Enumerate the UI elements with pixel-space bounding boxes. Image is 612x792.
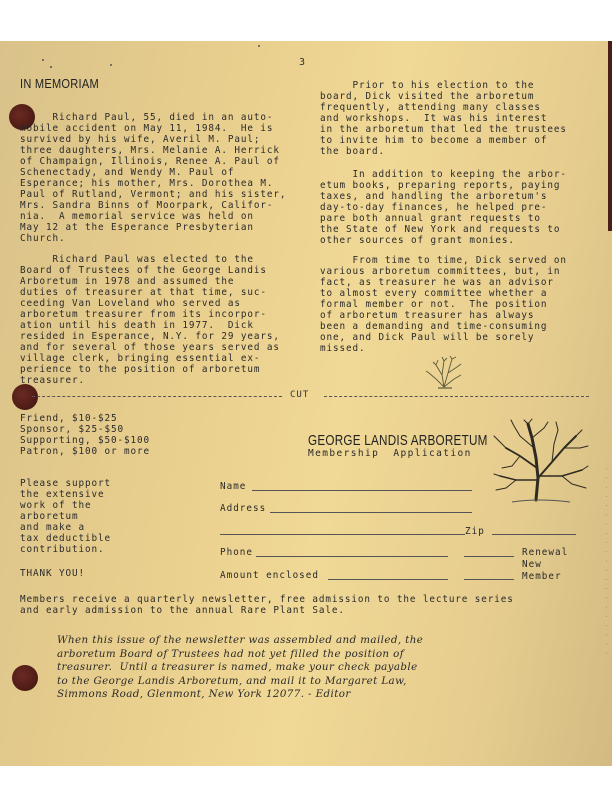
speck bbox=[258, 45, 260, 47]
bleed-through-text: . . . . . . . . . . . . . . . . . . . . … bbox=[602, 395, 610, 655]
shrub-illustration bbox=[424, 353, 464, 389]
address-line2-field[interactable] bbox=[220, 534, 465, 535]
memoriam-col1-para2: Richard Paul was elected to the Board of… bbox=[20, 254, 280, 386]
member-benefits: Members receive a quarterly newsletter, … bbox=[20, 594, 514, 616]
org-title: GEORGE LANDIS ARBORETUM bbox=[308, 432, 488, 449]
memoriam-col2-para2: In addition to keeping the arbor- etum b… bbox=[320, 169, 567, 246]
cut-label: CUT bbox=[290, 390, 309, 400]
page-edge-shadow bbox=[608, 41, 612, 231]
application-subtitle: Membership Application bbox=[308, 448, 472, 459]
speck bbox=[50, 66, 52, 68]
speck bbox=[110, 64, 112, 66]
membership-levels: Friend, $10-$25 Sponsor, $25-$50 Support… bbox=[20, 413, 150, 457]
cut-line: CUT bbox=[32, 391, 592, 401]
address-field[interactable] bbox=[270, 512, 472, 513]
zip-label: Zip bbox=[465, 526, 485, 537]
phone-label: Phone bbox=[220, 547, 253, 558]
oak-tree-illustration bbox=[492, 418, 592, 506]
memoriam-col2-para1: Prior to his election to the board, Dick… bbox=[320, 80, 567, 157]
name-label: Name bbox=[220, 481, 246, 492]
thank-you: THANK YOU! bbox=[20, 568, 85, 579]
memoriam-heading: IN MEMORIAM bbox=[20, 76, 99, 91]
amount-label: Amount enclosed bbox=[220, 570, 319, 581]
member-label: Member bbox=[522, 571, 562, 582]
amount-field[interactable] bbox=[328, 579, 448, 580]
new-label: New bbox=[522, 559, 542, 570]
name-field[interactable] bbox=[252, 490, 472, 491]
speck bbox=[42, 59, 44, 61]
punch-hole-bottom bbox=[12, 665, 38, 691]
renewal-label: Renewal bbox=[522, 547, 568, 558]
appeal-text: Please support the extensive work of the… bbox=[20, 478, 111, 555]
page-number: 3 bbox=[299, 57, 305, 68]
new-member-checkbox-line[interactable] bbox=[464, 579, 514, 580]
renewal-checkbox-line[interactable] bbox=[464, 556, 514, 557]
zip-field[interactable] bbox=[492, 534, 576, 535]
memoriam-col2-para3: From time to time, Dick served on variou… bbox=[320, 255, 567, 354]
phone-field[interactable] bbox=[256, 556, 448, 557]
address-label: Address bbox=[220, 503, 266, 514]
editor-note: When this issue of the newsletter was as… bbox=[57, 634, 423, 702]
memoriam-col1-para1: Richard Paul, 55, died in an auto- mobil… bbox=[20, 112, 286, 244]
